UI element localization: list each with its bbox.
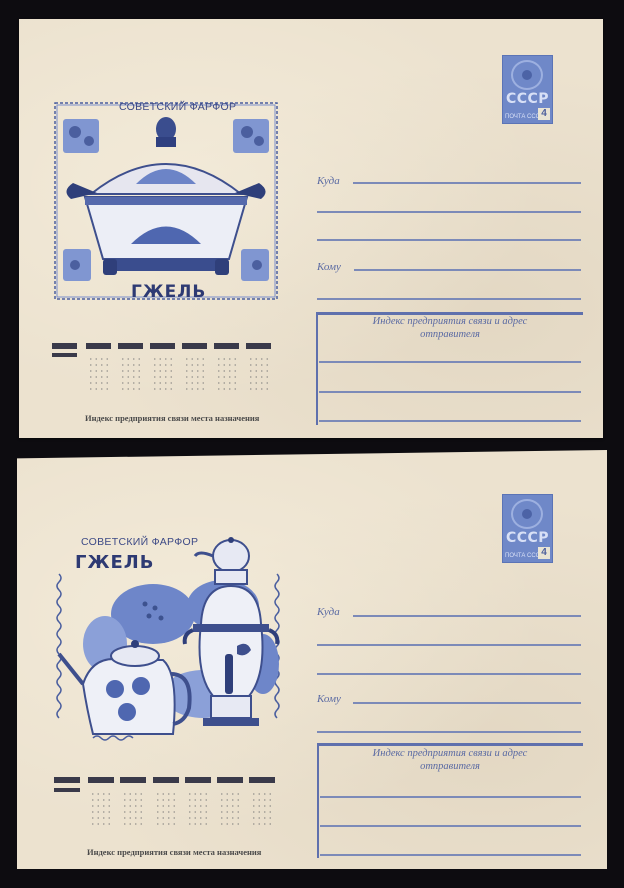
- to-whom-line-1[interactable]: [353, 702, 581, 704]
- postcode-bar-6: [246, 343, 271, 349]
- postcode-digit-6[interactable]: [248, 356, 270, 393]
- to-whom-label: Кому: [317, 261, 341, 273]
- postcode-bar-5: [214, 343, 239, 349]
- postcode-digit-1[interactable]: [90, 791, 112, 828]
- sender-line-1[interactable]: [320, 796, 581, 798]
- postcode-digit-5[interactable]: [219, 791, 241, 828]
- sender-line-3[interactable]: [320, 854, 581, 856]
- postcode-caption: Индекс предприятия связи места назначени…: [85, 413, 259, 423]
- postcode-digit-3[interactable]: [155, 791, 177, 828]
- to-whom-line-2[interactable]: [317, 731, 581, 733]
- to-where-line-1[interactable]: [353, 182, 581, 184]
- ussr-emblem-icon: [511, 499, 543, 529]
- to-whom-line-2[interactable]: [317, 298, 581, 300]
- postcode-caption: Индекс предприятия связи места назначени…: [87, 847, 261, 857]
- sender-line-2[interactable]: [319, 391, 581, 393]
- ussr-emblem-icon: [511, 60, 543, 90]
- artwork-title: СОВЕТСКИЙ ФАРФОР: [81, 536, 198, 548]
- postcode-bar-5: [217, 777, 243, 783]
- postcode-marker-bar-bottom: [52, 353, 77, 357]
- to-where-label: Куда: [317, 606, 340, 618]
- postcode-marker-bar-top: [52, 343, 77, 349]
- postcode-digit-2[interactable]: [122, 791, 144, 828]
- tureen-illustration: [51, 99, 281, 304]
- envelope-samovar: СОВЕТСКИЙ ФАРФОР ГЖЕЛЬ СССР ПОЧТА СССР 4…: [17, 450, 607, 869]
- to-where-line-2[interactable]: [317, 644, 581, 646]
- postcode-digit-1[interactable]: [88, 356, 110, 393]
- to-whom-label: Кому: [317, 693, 341, 705]
- postcode-digit-4[interactable]: [187, 791, 209, 828]
- artwork-brand: ГЖЕЛЬ: [131, 282, 206, 302]
- sender-caption-line1: Индекс предприятия связи и адрес: [319, 747, 581, 760]
- postcode-digit-3[interactable]: [152, 356, 174, 393]
- postcode-bar-2: [120, 777, 146, 783]
- stamp-country: СССР: [505, 91, 550, 107]
- sender-box-caption: Индекс предприятия связи и адрес отправи…: [319, 315, 581, 341]
- to-where-line-3[interactable]: [317, 239, 581, 241]
- sender-box-caption: Индекс предприятия связи и адрес отправи…: [319, 747, 581, 773]
- to-where-line-3[interactable]: [317, 673, 581, 675]
- postcode-bar-1: [86, 343, 111, 349]
- postcode-bar-3: [150, 343, 175, 349]
- postcode-digit-4[interactable]: [184, 356, 206, 393]
- artwork-brand: ГЖЕЛЬ: [75, 552, 154, 573]
- stamp-value: 4: [538, 547, 550, 559]
- to-whom-line-1[interactable]: [354, 269, 581, 271]
- postage-stamp: СССР ПОЧТА СССР 4: [502, 55, 553, 124]
- postcode-bar-1: [88, 777, 114, 783]
- postcode-digit-2[interactable]: [120, 356, 142, 393]
- postcode-bar-2: [118, 343, 143, 349]
- artwork-samovar: СОВЕТСКИЙ ФАРФОР ГЖЕЛЬ: [53, 534, 285, 744]
- postcode-bar-6: [249, 777, 275, 783]
- postage-stamp: СССР ПОЧТА СССР 4: [502, 494, 553, 563]
- sender-line-1[interactable]: [319, 361, 581, 363]
- stamp-value: 4: [538, 108, 550, 120]
- sender-caption-line1: Индекс предприятия связи и адрес: [319, 315, 581, 328]
- sender-caption-line2: отправителя: [319, 760, 581, 773]
- postcode-bar-3: [153, 777, 179, 783]
- postcode-marker-bar-bottom: [54, 788, 80, 792]
- artwork-title: СОВЕТСКИЙ ФАРФОР: [119, 101, 236, 113]
- postcode-marker-bar-top: [54, 777, 80, 783]
- sender-line-3[interactable]: [319, 420, 581, 422]
- to-where-line-2[interactable]: [317, 211, 581, 213]
- stamp-country: СССР: [505, 530, 550, 546]
- to-where-line-1[interactable]: [353, 615, 581, 617]
- postcode-digit-5[interactable]: [216, 356, 238, 393]
- postcode-bar-4: [185, 777, 211, 783]
- sender-line-2[interactable]: [320, 825, 581, 827]
- artwork-tureen: СОВЕТСКИЙ ФАРФОР ГЖЕЛЬ: [51, 99, 281, 304]
- to-where-label: Куда: [317, 175, 340, 187]
- sender-caption-line2: отправителя: [319, 328, 581, 341]
- postcode-digit-6[interactable]: [251, 791, 273, 828]
- postcode-bar-4: [182, 343, 207, 349]
- envelope-tureen: СОВЕТСКИЙ ФАРФОР ГЖЕЛЬ СССР ПОЧТА СССР 4…: [19, 19, 603, 438]
